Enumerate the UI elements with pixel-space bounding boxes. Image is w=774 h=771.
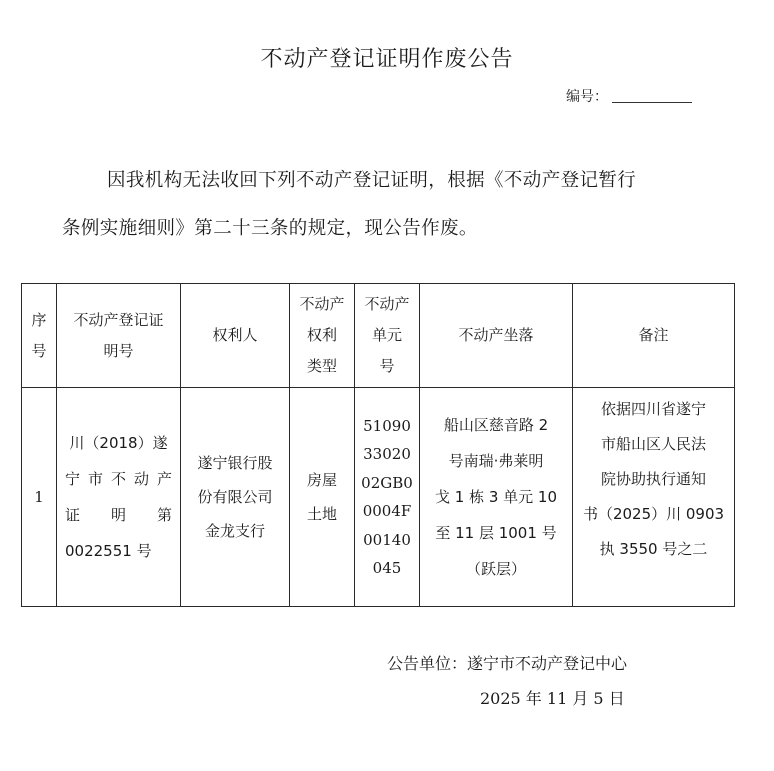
cell-text: 市船山区人民法 [573, 427, 734, 462]
cell-text: 宁市不动产 [65, 461, 172, 497]
cell-text: 房屋 [290, 463, 354, 497]
cell-text: 戈 1 栋 3 单元 10 [420, 479, 572, 515]
serial-number: 编号： [566, 86, 692, 106]
cell-text: 执 3550 号之二 [573, 532, 734, 567]
header-index: 序 号 [22, 284, 57, 388]
announcement-paragraph-line-1: 因我机构无法收回下列不动产登记证明，根据《不动产登记暂行 [107, 166, 774, 192]
cell-remarks: 依据四川省遂宁 市船山区人民法 院协助执行通知 书（2025）川 0903 执 … [573, 388, 735, 607]
serial-blank-line [612, 90, 692, 103]
cell-text: 证 明 第 [65, 497, 172, 533]
cell-right-holder: 遂宁银行股 份有限公司 金龙支行 [181, 388, 290, 607]
announcement-paragraph-line-2: 条例实施细则》第二十三条的规定，现公告作废。 [62, 214, 742, 240]
document-title: 不动产登记证明作废公告 [0, 42, 774, 73]
issue-date: 2025 年 11 月 5 日 [480, 686, 625, 709]
cell-text: 遂宁银行股 [181, 446, 289, 480]
table-header-row: 序 号 不动产登记证 明号 权利人 不动产 权利 类型 不动产 单元 号 不动产… [22, 284, 735, 388]
header-certificate-no: 不动产登记证 明号 [57, 284, 181, 388]
header-text: 号 [22, 336, 56, 367]
cell-text: （跃层） [420, 551, 572, 587]
cell-text: 依据四川省遂宁 [573, 392, 734, 427]
cell-text: 0022551 号 [65, 533, 172, 569]
cell-index: 1 [22, 388, 57, 607]
cell-text: 金龙支行 [181, 514, 289, 548]
header-text: 不动产 [355, 289, 419, 320]
header-text: 单元 [355, 320, 419, 351]
header-text: 明号 [57, 336, 180, 367]
cell-text: 0004F [355, 497, 419, 526]
cell-text: 船山区慈音路 2 [420, 407, 572, 443]
header-remarks: 备注 [573, 284, 735, 388]
header-text: 备注 [573, 320, 734, 351]
header-text: 序 [22, 305, 56, 336]
header-text: 不动产坐落 [420, 320, 572, 351]
cell-text: 51090 [355, 412, 419, 441]
header-text: 权利 [290, 320, 354, 351]
header-text: 不动产 [290, 289, 354, 320]
certificate-table: 序 号 不动产登记证 明号 权利人 不动产 权利 类型 不动产 单元 号 不动产… [21, 283, 735, 607]
cell-location: 船山区慈音路 2 号南瑞·弗莱明 戈 1 栋 3 单元 10 至 11 层 10… [420, 388, 573, 607]
cell-text: 院协助执行通知 [573, 462, 734, 497]
cell-text: 00140 [355, 526, 419, 555]
cell-text: 号南瑞·弗莱明 [420, 443, 572, 479]
cell-right-type: 房屋 土地 [290, 388, 355, 607]
cell-text: 份有限公司 [181, 480, 289, 514]
cell-text: 02GB0 [355, 469, 419, 498]
cell-text: 书（2025）川 0903 [573, 497, 734, 532]
header-location: 不动产坐落 [420, 284, 573, 388]
header-text: 不动产登记证 [57, 305, 180, 336]
cell-text: 川（2018）遂 [65, 425, 172, 461]
serial-label: 编号： [566, 89, 608, 105]
cell-text: 土地 [290, 497, 354, 531]
table-row: 1 川（2018）遂 宁市不动产 证 明 第 0022551 号 遂宁银行股 份… [22, 388, 735, 607]
cell-text: 至 11 层 1001 号 [420, 515, 572, 551]
header-text: 类型 [290, 351, 354, 382]
header-unit-no: 不动产 单元 号 [355, 284, 420, 388]
issuing-authority: 公告单位：遂宁市不动产登记中心 [387, 651, 627, 674]
cell-text: 33020 [355, 440, 419, 469]
header-right-type: 不动产 权利 类型 [290, 284, 355, 388]
header-text: 权利人 [181, 320, 289, 351]
cell-certificate-no: 川（2018）遂 宁市不动产 证 明 第 0022551 号 [57, 388, 181, 607]
header-right-holder: 权利人 [181, 284, 290, 388]
cell-unit-no: 51090 33020 02GB0 0004F 00140 045 [355, 388, 420, 607]
cell-text: 045 [355, 554, 419, 583]
header-text: 号 [355, 351, 419, 382]
